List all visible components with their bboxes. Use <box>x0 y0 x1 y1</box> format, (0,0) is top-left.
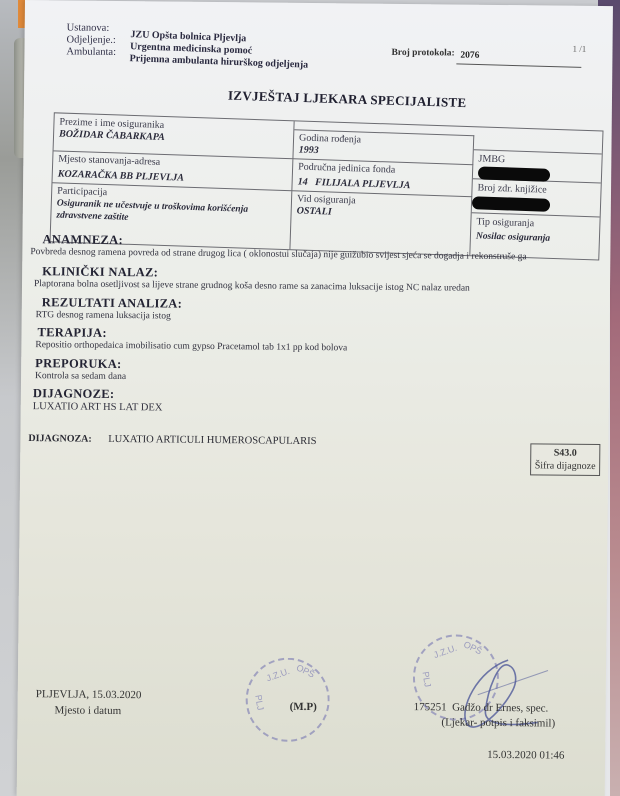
place-and-date: PLJEVLJA, 15.03.2020 <box>36 688 142 701</box>
doctor-name: 175251 Gadžo dr Ernes, spec. <box>414 701 549 714</box>
section-text: Kontrola sa sedam dana <box>35 371 126 382</box>
cell-health-card: Broj zdr. knjižice <box>472 179 601 217</box>
diagnosis-code-label: Šifra dijagnoze <box>535 460 596 472</box>
page-indicator: 1 /1 <box>572 44 586 54</box>
final-diagnosis: DIJAGNOZA: LUXATIO ARTICULI HUMEROSCAPUL… <box>28 433 316 447</box>
header-labels: Ustanova: Odjeljenje.: Ambulanta: <box>66 22 116 59</box>
final-diagnosis-text: LUXATIO ARTICULI HUMEROSCAPULARIS <box>108 434 316 447</box>
protocol-label: Broj protokola: <box>391 48 454 59</box>
place-and-date-label: Mjesto i datum <box>55 704 122 717</box>
department-label: Odjeljenje.: <box>67 34 117 47</box>
section-therapy: TERAPIJA: Repositio orthopedaica imobili… <box>37 325 347 353</box>
health-card-redaction <box>472 196 550 212</box>
header-values: JZU Opšta bolnica Pljevlja Urgentna medi… <box>129 29 309 72</box>
section-text: Repositio orthopedaica imobilisatio cum … <box>35 340 347 353</box>
section-anamnesis: ANAMNEZA: Povbreda desnog ramena povreda… <box>42 232 526 262</box>
document-title: IZVJEŠTAJ LJEKARA SPECIJALISTE <box>228 88 467 111</box>
official-stamp-left: J.Z.U. OPŠ PLJ <box>245 657 330 742</box>
final-diagnosis-label: DIJAGNOZA: <box>28 433 91 445</box>
protocol-underline <box>456 63 581 67</box>
section-clinical-findings: KLINIČKI NALAZ: Plaptorana bolna osetlji… <box>42 264 470 293</box>
doctor-signature-label: (Ljekar- potpis i faksimil) <box>441 716 555 729</box>
section-heading: DIJAGNOZE: <box>33 386 163 402</box>
section-recommendation: PREPORUKA: Kontrola sa sedam dana <box>35 356 126 382</box>
report-timestamp: 15.03.2020 01:46 <box>487 749 564 762</box>
section-diagnoses: DIJAGNOZE: LUXATIO ART HS LAT DEX <box>33 386 163 413</box>
section-text: LUXATIO ART HS LAT DEX <box>33 401 163 413</box>
diagnosis-code-box: S43.0 Šifra dijagnoze <box>530 443 600 476</box>
institution-label: Ustanova: <box>67 22 117 35</box>
section-analysis-results: REZULTATI ANALIZA: RTG desnog ramena luk… <box>42 295 183 321</box>
protocol-number: 2076 <box>460 51 479 61</box>
diagnosis-code: S43.0 <box>531 446 599 460</box>
cell-jmbg: JMBG <box>473 149 602 183</box>
insurance-type-label: Tip osiguranja <box>476 216 594 232</box>
seal-label: (M.P) <box>290 701 317 713</box>
health-card-label: Broj zdr. knjižice <box>477 182 595 198</box>
document-page: Ustanova: Odjeljenje.: Ambulanta: JZU Op… <box>17 0 613 796</box>
section-heading: PREPORUKA: <box>35 356 126 372</box>
ambulance-label: Ambulanta: <box>66 46 116 59</box>
section-heading: REZULTATI ANALIZA: <box>42 295 182 311</box>
section-text: RTG desnog ramena luksacija istog <box>36 310 182 322</box>
